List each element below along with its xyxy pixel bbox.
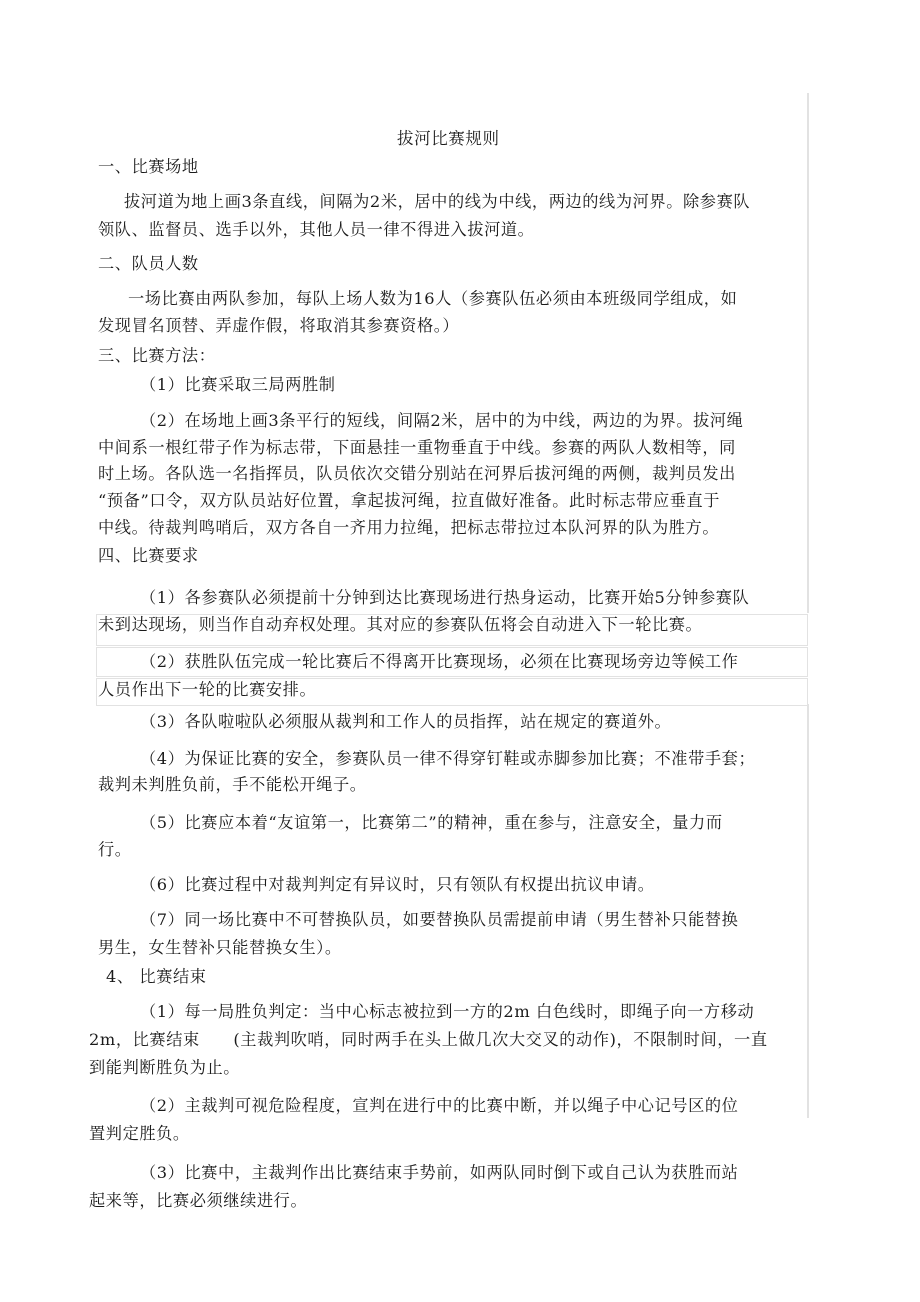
paragraph-line: 人员作出下一轮的比赛安排。 [98,679,316,701]
right-margin-rule [807,704,809,1118]
paragraph-line: 置判定胜负。 [89,1123,190,1145]
paragraph-line: 到能判断胜负为止。 [89,1057,240,1079]
paragraph-line: （1）每一局胜负判定：当中心标志被拉到一方的2m 白色线时，即绳子向一方移动 [140,1001,754,1023]
paragraph-line: 一场比赛由两队参加，每队上场人数为16人（参赛队伍必须由本班级同学组成，如 [128,288,737,310]
paragraph-line: 中线。待裁判鸣哨后，双方各自一齐用力拉绳，把标志带拉过本队河界的队为胜方。 [98,517,719,539]
page-title: 拔河比赛规则 [397,128,500,150]
section-heading: 四、比赛要求 [98,545,199,567]
paragraph-line: （2）在场地上画3条平行的短线，间隔2米，居中的为中线，两边的为界。拔河绳 [140,410,743,432]
paragraph-line: （1）比赛采取三局两胜制 [140,374,336,396]
paragraph-line: （6）比赛过程中对裁判判定有异议时，只有领队有权提出抗议申请。 [140,874,655,896]
paragraph-line: （5）比赛应本着“友谊第一，比赛第二”的精神，重在参与，注意安全，量力而 [140,812,723,834]
paragraph-line: （2）获胜队伍完成一轮比赛后不得离开比赛现场，必须在比赛现场旁边等候工作 [140,651,738,673]
paragraph-line: 起来等，比赛必须继续进行。 [89,1190,307,1212]
paragraph-line: （7）同一场比赛中不可替换队员，如要替换队员需提前申请（男生替补只能替换 [140,909,738,931]
paragraph-line: 发现冒名顶替、弄虚作假，将取消其参赛资格。） [98,315,459,337]
paragraph-line: 男生，女生替补只能替换女生）。 [98,937,342,959]
section-heading: 二、队员人数 [98,253,199,275]
paragraph-line: （2）主裁判可视危险程度，宣判在进行中的比赛中断，并以绳子中心记号区的位 [140,1095,738,1117]
paragraph-line: 行。 [98,839,132,861]
paragraph-line: （1）各参赛队必须提前十分钟到达比赛现场进行热身运动，比赛开始5分钟参赛队 [140,587,749,609]
paragraph-line: （4）为保证比赛的安全，参赛队员一律不得穿钉鞋或赤脚参加比赛；不准带手套； [140,748,755,770]
section-heading: 一、比赛场地 [98,156,199,178]
right-margin-rule [807,93,809,613]
paragraph-line: 领队、监督员、选手以外，其他人员一律不得进入拔河道。 [98,219,534,241]
section-heading: 三、比赛方法： [98,345,216,367]
section-heading: 4、 比赛结束 [106,966,207,988]
paragraph-line: 中间系一根红带子作为标志带，下面悬挂一重物垂直于中线。参赛的两队人数相等，同 [98,437,736,459]
document-page: 拔河比赛规则 一、比赛场地 拔河道为地上画3条直线，间隔为2米，居中的线为中线，… [0,0,920,1302]
paragraph-line: 未到达现场，则当作自动弃权处理。其对应的参赛队伍将会自动进入下一轮比赛。 [98,614,702,636]
paragraph-line: 时上场。各队选一名指挥员，队员依次交错分别站在河界后拔河绳的两侧，裁判员发出 [98,463,736,485]
paragraph-line: 拔河道为地上画3条直线，间隔为2米，居中的线为中线，两边的线为河界。除参赛队 [124,191,750,213]
paragraph-line: （3）各队啦啦队必须服从裁判和工作人的员指挥，站在规定的赛道外。 [140,711,671,733]
paragraph-line: （3）比赛中，主裁判作出比赛结束手势前，如两队同时倒下或自己认为获胜而站 [140,1162,738,1184]
paragraph-line: 2m，比赛结束 (主裁判吹哨，同时两手在头上做几次大交叉的动作)，不限制时间，一… [89,1029,768,1051]
paragraph-line: “预备”口令，双方队员站好位置，拿起拔河绳，拉直做好准备。此时标志带应垂直于 [98,490,720,512]
paragraph-line: 裁判未判胜负前，手不能松开绳子。 [98,774,367,796]
